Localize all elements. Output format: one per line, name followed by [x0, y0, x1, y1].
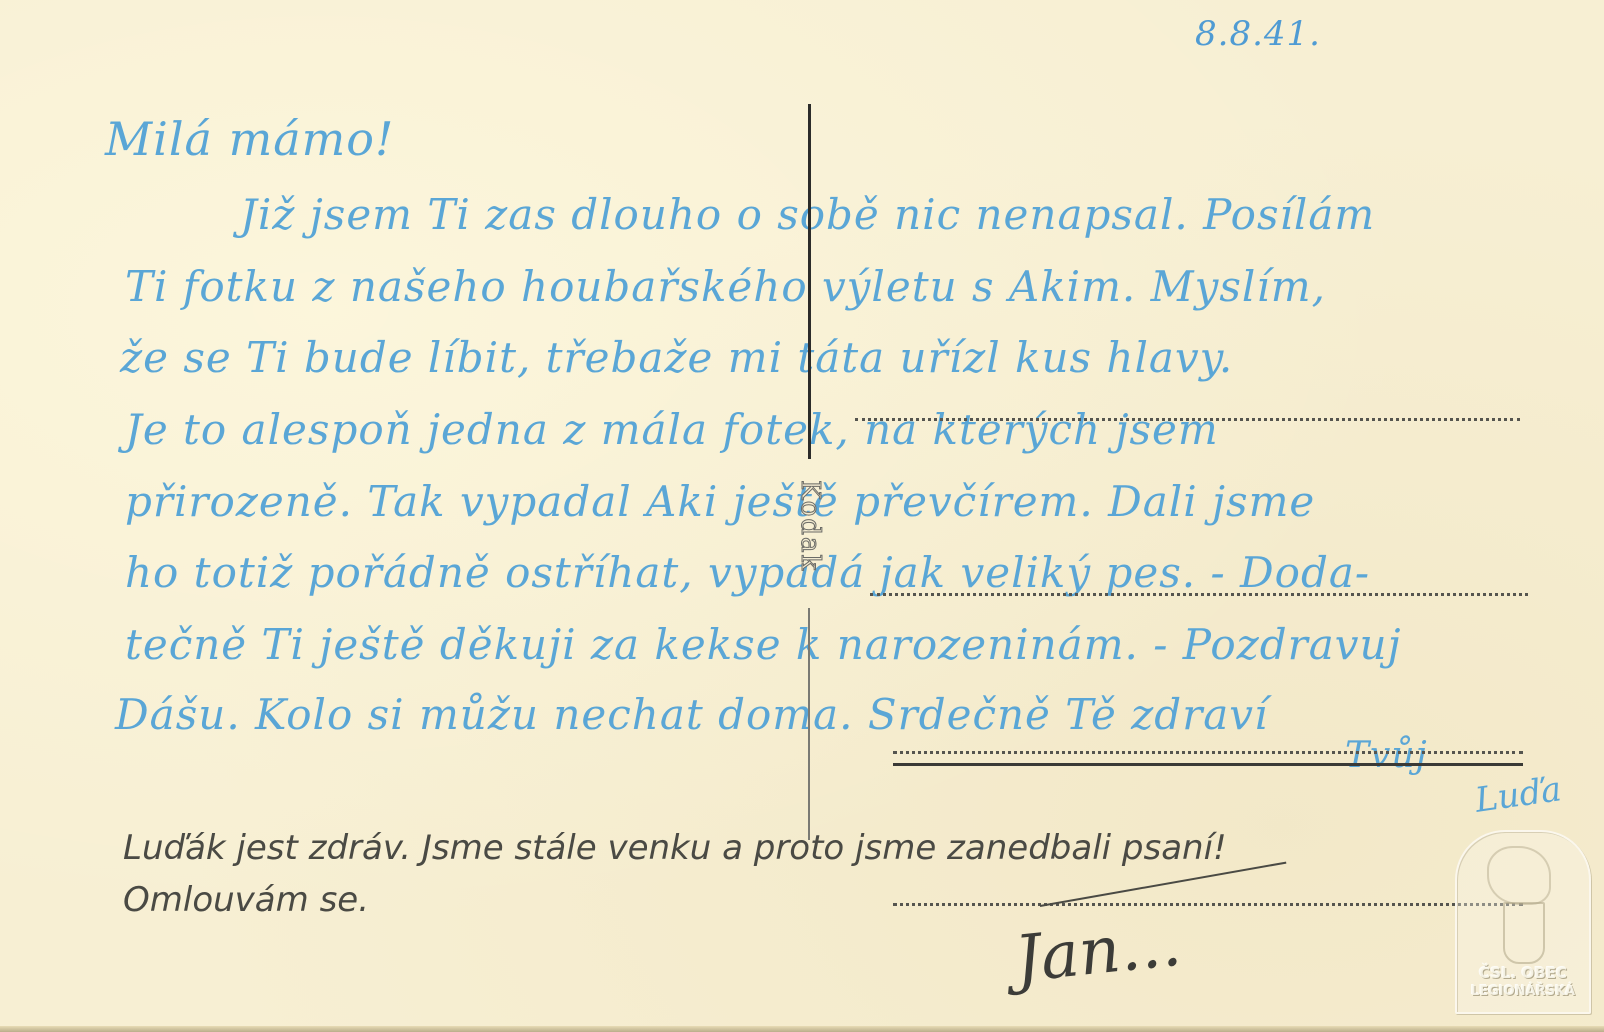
address-line-2 [870, 593, 1528, 596]
postscript-signature: Jan... [1012, 907, 1185, 998]
card-divider-line [808, 104, 811, 459]
postcard-back: 8.8.41. Milá mámo! Již jsem Ti zas dlouh… [0, 0, 1604, 1032]
address-line-1 [855, 418, 1520, 421]
letter-line: Ti fotku z našeho houbařského výletu s A… [125, 262, 1326, 311]
legion-emblem-embossed-stamp: ČSL. OBEC LEGIONÁŘSKÁ [1455, 830, 1591, 1014]
letter-line: Je to alespoň jedna z mála fotek, na kte… [125, 405, 1219, 454]
postscript-line: Omlouvám se. [123, 880, 369, 920]
letter-line: Dášu. Kolo si můžu nechat doma. Srdečně … [115, 690, 1268, 739]
letter-greeting: Milá mámo! [105, 112, 394, 166]
signature-flourish [1040, 862, 1287, 907]
letter-line: ho totiž pořádně ostříhat, vypadá jak ve… [125, 548, 1370, 597]
letter-date: 8.8.41. [1195, 14, 1321, 54]
address-underline-solid [893, 763, 1523, 766]
stamp-text-line2: LEGIONÁŘSKÁ [1457, 984, 1589, 999]
postscript-line: Luďák jest zdráv. Jsme stále venku a pro… [123, 828, 1227, 868]
letter-line: že se Ti bude líbit, třebaže mi táta uří… [120, 333, 1233, 382]
letter-closing: Tvůj [1345, 735, 1428, 776]
kodak-label: Kodak [795, 480, 825, 572]
coat-of-arms-shield-icon [1503, 902, 1545, 964]
address-line-3 [893, 751, 1523, 754]
card-divider-line-lower [808, 608, 810, 840]
stamp-text-line1: ČSL. OBEC [1457, 964, 1589, 982]
letter-line: přirozeně. Tak vypadal Aki ještě převčír… [125, 477, 1315, 526]
soldier-head-icon [1487, 846, 1551, 905]
address-line-4 [893, 903, 1523, 906]
letter-line: tečně Ti ještě děkuji za kekse k narozen… [125, 620, 1402, 669]
letter-signoff: Luďa [1473, 769, 1564, 821]
